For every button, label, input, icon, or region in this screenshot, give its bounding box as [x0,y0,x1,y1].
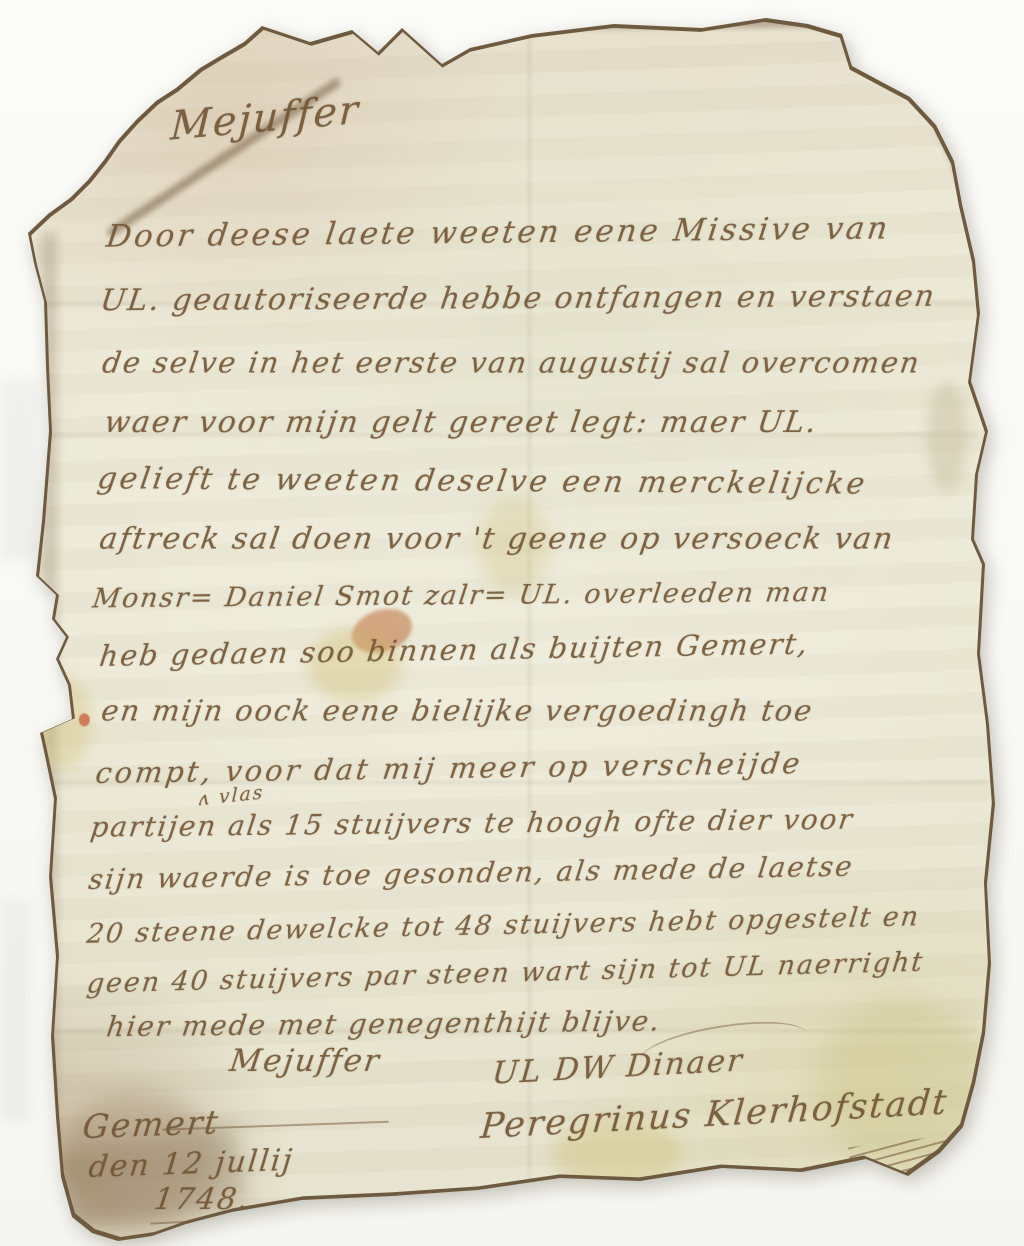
letter-line: en mijn oock eene bielijke vergoedingh t… [102,694,814,728]
letter-line: sijn waerde is toe gesonden, als mede de… [89,850,855,896]
salutation: Mejuffer [169,87,362,149]
letter-paper: Mejuffer Door deese laete weeten eene Mi… [3,4,1020,1242]
scanned-letter-image: Mejuffer Door deese laete weeten eene Mi… [0,0,1024,1246]
closing-salutation: Mejuffer [230,1043,381,1079]
dateline-date: den 12 jullij [88,1143,294,1185]
yellow-stain [31,676,91,770]
insertion-word: vlas [218,781,264,808]
letter-line: de selve in het eerste van augustij sal … [103,346,921,380]
dateline-place: Gemert [82,1102,220,1145]
letter-line: Door deese laete weeten eene Missive van [106,211,890,255]
letter-line: UL. geautoriseerde hebbe ontfangen en ve… [101,279,936,318]
letter-line: hier mede met genegenthijt blijve. [106,1005,661,1044]
letter-line: Monsr= Daniel Smot zalr= UL. overleeden … [93,577,831,614]
dateline-year: 1748. [154,1182,249,1217]
letter-line: geen 40 stuijvers par steen wart sijn to… [87,947,925,1000]
letter-line: waer voor mijn gelt gereet legt: maer UL… [105,405,818,440]
letter-line: heb gedaen soo binnen als buijten Gemert… [99,627,809,673]
salutation-text: Mejuffer [169,87,361,150]
letter-line: aftreck sal doen voor 't geene op versoe… [100,522,895,557]
letter-paper-wrapper: Mejuffer Door deese laete weeten eene Mi… [0,0,1024,1246]
letter-line: 20 steene dewelcke tot 48 stuijvers hebt… [87,901,921,949]
letter-line: gelieft te weeten deselve een merckelijc… [98,461,868,501]
burnt-edge [931,115,983,218]
edge-curl-highlight [927,382,967,491]
insertion-caret: ʌ [198,787,211,810]
